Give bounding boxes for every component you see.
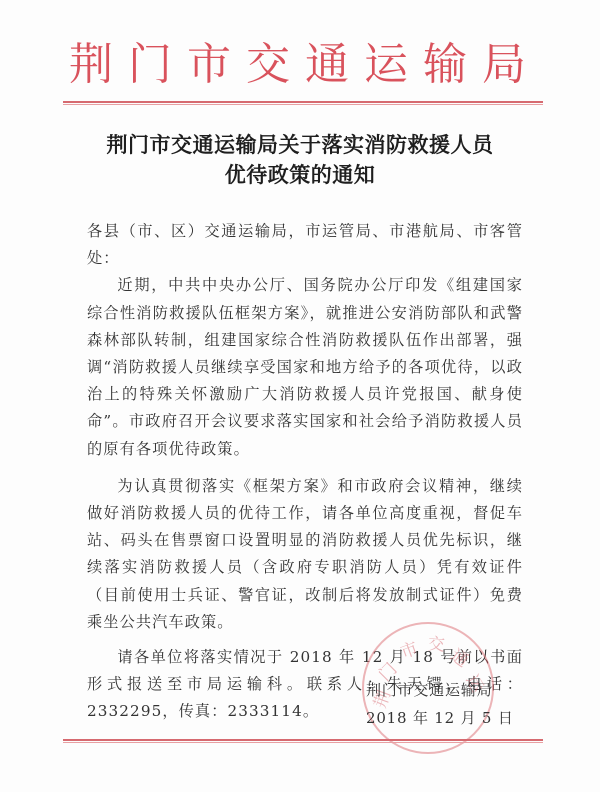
title-line-2: 优待政策的通知 bbox=[0, 160, 600, 190]
paragraph-1: 近期，中共中央办公厅、国务院办公厅印发《组建国家综合性消防救援队伍框架方案》，就… bbox=[87, 272, 523, 462]
document-title: 荆门市交通运输局关于落实消防救援人员 优待政策的通知 bbox=[0, 130, 600, 190]
addressee: 各县（市、区）交通运输局，市运管局、市港航局、市客管处： bbox=[87, 218, 523, 272]
footer-divider bbox=[63, 739, 543, 743]
issue-date: 2018 年 12 月 5 日 bbox=[366, 704, 514, 732]
title-line-1: 荆门市交通运输局关于落实消防救援人员 bbox=[0, 130, 600, 160]
paragraph-2: 为认真贯彻落实《框架方案》和市政府会议精神，继续做好消防救援人员的优待工作，请各… bbox=[87, 473, 523, 636]
issuer-name: 荆门市交通运输局 bbox=[366, 676, 514, 704]
signature-block: 荆门市交通运输局 2018 年 12 月 5 日 bbox=[366, 676, 514, 732]
document-page: 荆门市交通运输局 荆门市交通运输局关于落实消防救援人员 优待政策的通知 各县（市… bbox=[0, 0, 600, 792]
masthead-org-name: 荆门市交通运输局 bbox=[0, 36, 600, 94]
masthead-divider bbox=[63, 101, 543, 105]
